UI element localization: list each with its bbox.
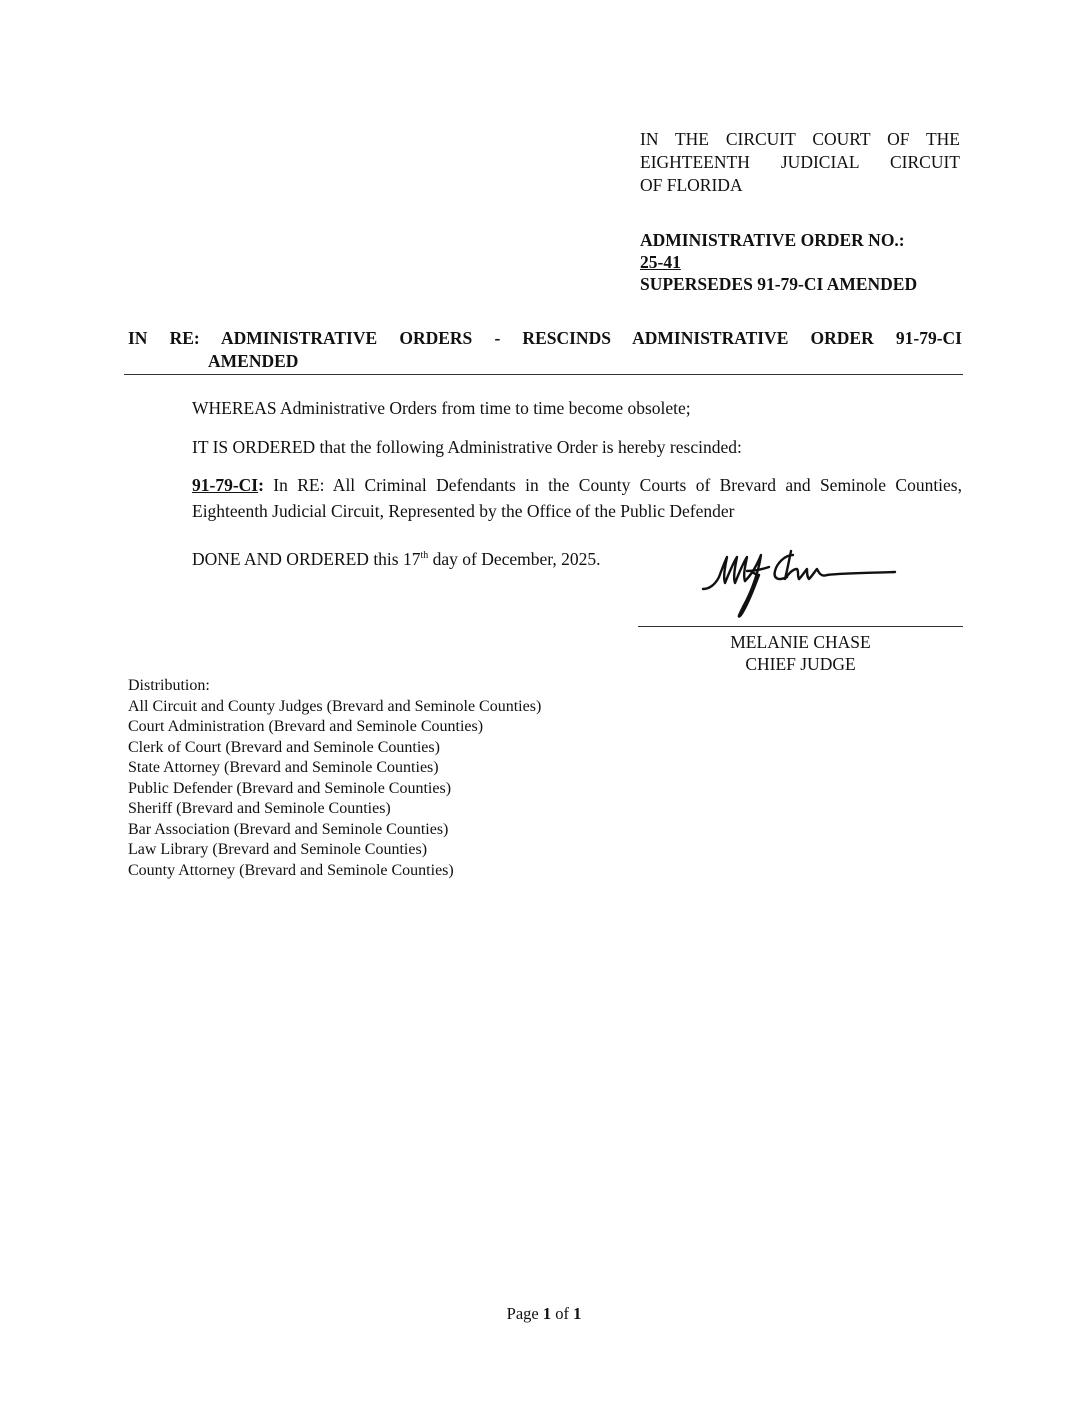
page-number: Page 1 of 1 [0,1304,1088,1324]
order-number: 25-41 [640,252,681,272]
list-item: State Attorney (Brevard and Seminole Cou… [128,758,728,779]
whereas-paragraph: WHEREAS Administrative Orders from time … [192,395,962,421]
list-item: Clerk of Court (Brevard and Seminole Cou… [128,738,728,759]
current-page: 1 [543,1304,551,1323]
caption-line: IN THE CIRCUIT COURT OF THE [640,128,960,151]
rescinded-order-paragraph: 91-79-CI: In RE: All Criminal Defendants… [192,472,962,524]
signer-name: MELANIE CHASE [638,631,963,653]
court-caption: IN THE CIRCUIT COURT OF THE EIGHTEENTH J… [640,128,960,197]
in-re-heading: IN RE: ADMINISTRATIVE ORDERS - RESCINDS … [128,327,962,373]
in-re-heading-line2: AMENDED [128,350,962,373]
signature-line [638,626,963,627]
list-item: County Attorney (Brevard and Seminole Co… [128,861,728,882]
list-item: Law Library (Brevard and Seminole Counti… [128,840,728,861]
heading-divider [124,374,963,375]
judge-signature [695,545,905,625]
rescinded-order-title-cont: Eighteenth Judicial Circuit, Represented… [192,498,962,524]
caption-line: EIGHTEENTH JUDICIAL CIRCUIT [640,151,960,174]
signer-title: CHIEF JUDGE [638,653,963,675]
rescinded-order-ref: 91-79-CI [192,475,258,495]
caption-line: OF FLORIDA [640,174,960,197]
ordered-paragraph: IT IS ORDERED that the following Adminis… [192,434,962,460]
in-re-heading-line1: IN RE: ADMINISTRATIVE ORDERS - RESCINDS … [128,327,962,350]
list-item: Sheriff (Brevard and Seminole Counties) [128,799,728,820]
order-label: ADMINISTRATIVE ORDER NO.: [640,229,970,251]
order-number-block: ADMINISTRATIVE ORDER NO.: 25-41 SUPERSED… [640,229,970,295]
distribution-label: Distribution: [128,676,728,697]
list-item: Bar Association (Brevard and Seminole Co… [128,820,728,841]
rescinded-order-title: In RE: All Criminal Defendants in the Co… [264,475,962,495]
list-item: All Circuit and County Judges (Brevard a… [128,697,728,718]
signer-block: MELANIE CHASE CHIEF JUDGE [638,631,963,675]
list-item: Public Defender (Brevard and Seminole Co… [128,779,728,800]
total-pages: 1 [573,1304,581,1323]
list-item: Court Administration (Brevard and Semino… [128,717,728,738]
supersedes-note: SUPERSEDES 91-79-CI AMENDED [640,273,970,295]
distribution-list: Distribution: All Circuit and County Jud… [128,676,728,881]
